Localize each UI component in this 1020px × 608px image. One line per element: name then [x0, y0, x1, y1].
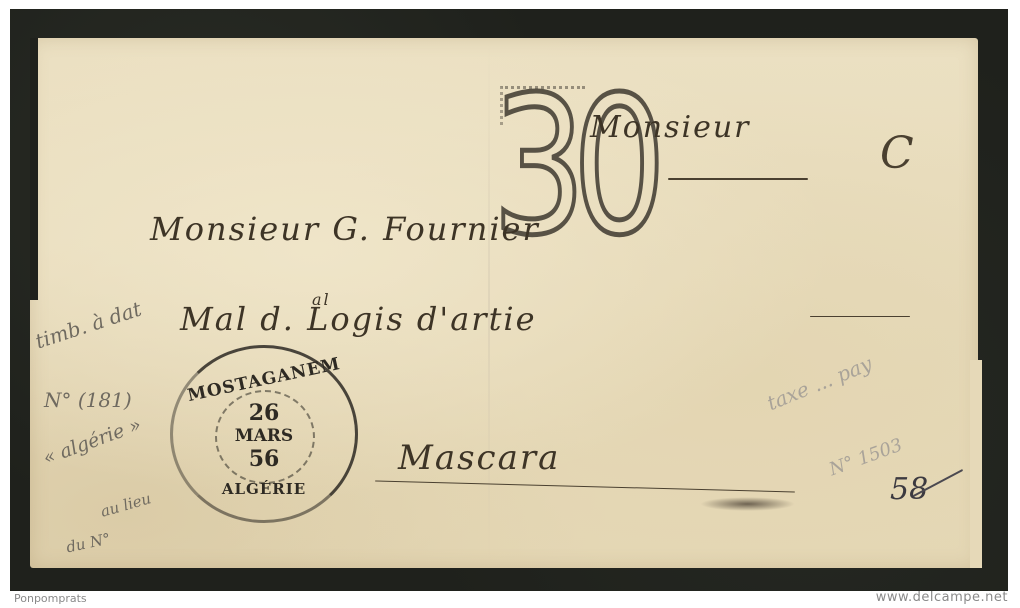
cover-right-flap [970, 360, 982, 568]
postmark-region: ALGÉRIE [173, 480, 355, 498]
address-line-4: Mascara [398, 438, 560, 478]
postmark-day: 26 [173, 400, 355, 426]
paper-tear [700, 497, 795, 511]
seller-watermark: Ponpomprats [14, 592, 87, 605]
postmark-month: MARS [173, 426, 355, 446]
flourish-line-2 [810, 316, 910, 317]
address-line-2: Monsieur G. Fournier [150, 210, 540, 248]
address-line-1: Monsieur [590, 110, 751, 145]
address-line-3: Mal d. Logis d'artie [180, 300, 537, 338]
flourish-line [668, 178, 808, 180]
pencil-note-left-2: N° (181) [44, 388, 132, 412]
address-line-3-superscript: al [312, 290, 331, 309]
cover-left-edge [30, 38, 38, 300]
postmark-year: 56 [173, 446, 355, 472]
postmark-cancel: MOSTAGANEM 26 MARS 56 ALGÉRIE [170, 345, 358, 523]
flourish: C [880, 128, 916, 179]
site-watermark: www.delcampe.net [876, 590, 1008, 605]
